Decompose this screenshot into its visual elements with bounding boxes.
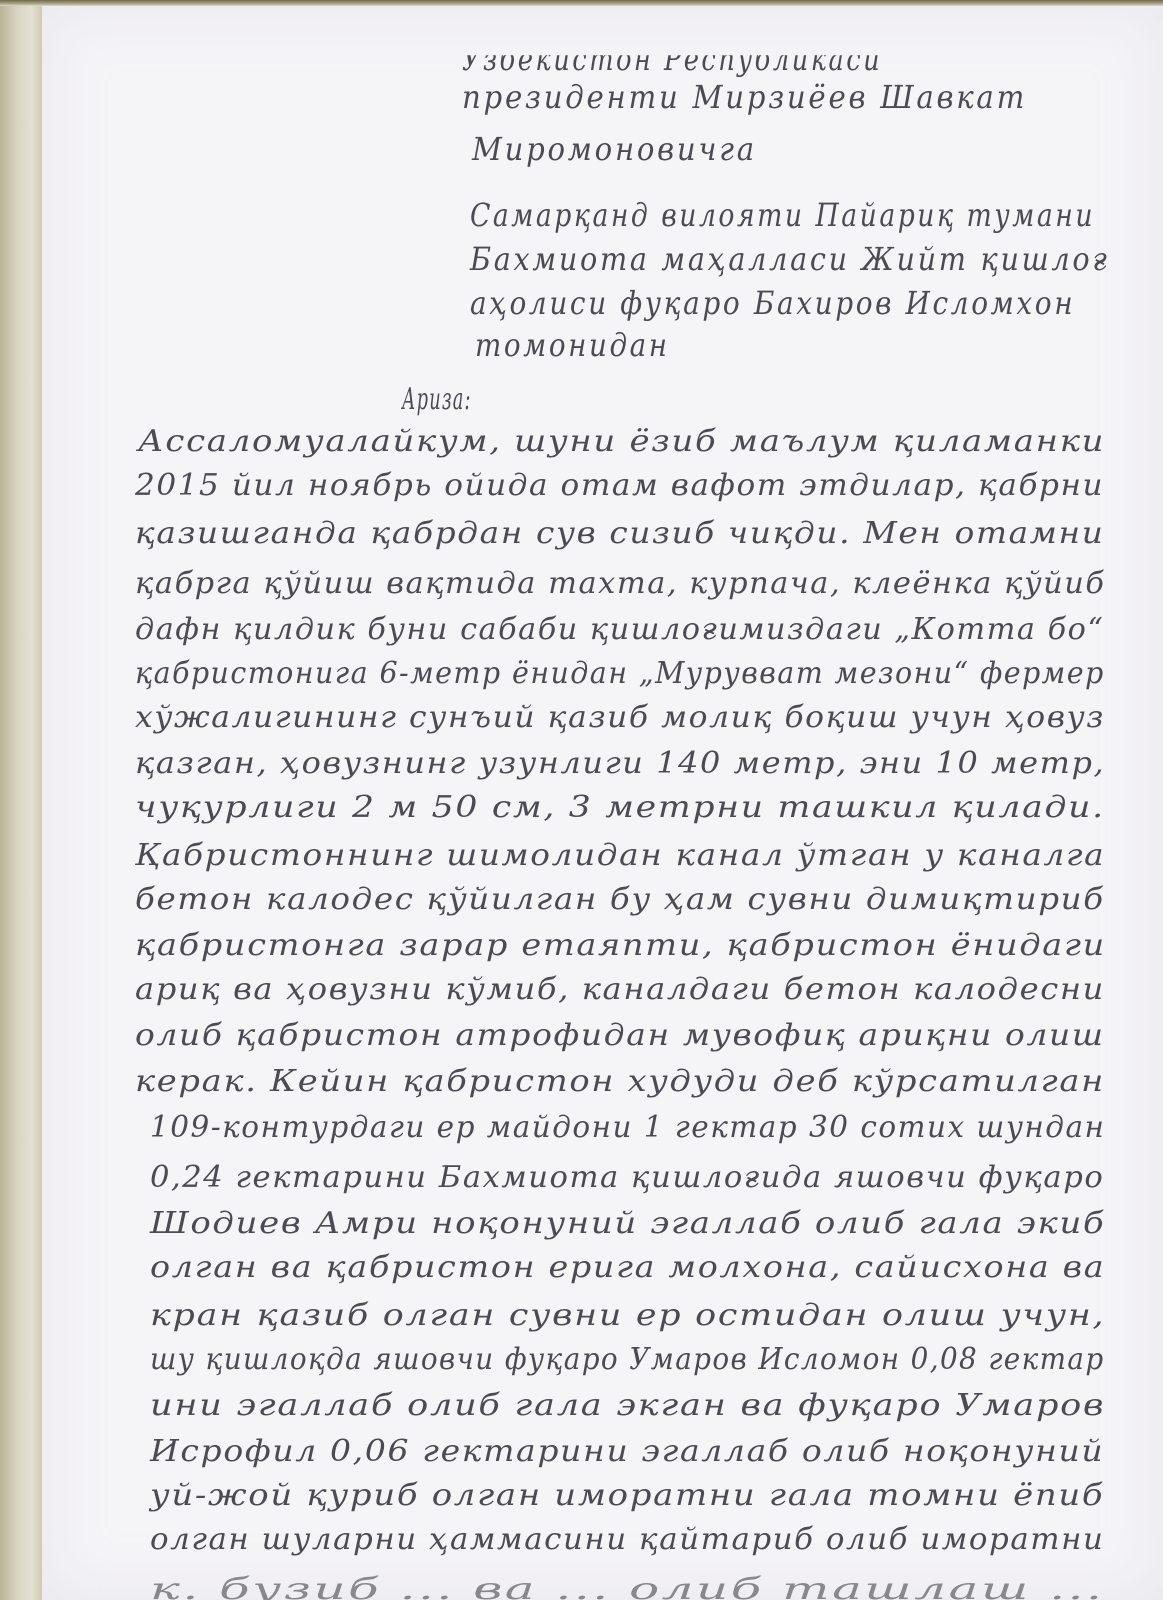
body-line: қазишганда қабрдан сув сизиб чиқди. Мен … — [135, 516, 1104, 551]
body-line: олган шуларни ҳаммасини қайтариб олиб им… — [150, 1522, 1104, 1557]
body-line: олиб қабристон атрофидан мувофиқ ариқни … — [135, 1018, 1105, 1053]
body-line: қабристонга зарар етаяпти, қабристон ёни… — [135, 928, 1106, 963]
body-line-cut-off: к. бузиб ... ва ... олиб ташлаш ... — [150, 1572, 1104, 1600]
body-line: Қабристоннинг шимолидан канал ўтган у ка… — [135, 838, 1105, 873]
sender-line-4: томонидан — [475, 326, 670, 364]
sender-line-2: Бахмиота маҳалласи Жийт қишлоғ — [470, 240, 1110, 278]
body-line: Шодиев Амри ноқонуний эгаллаб олиб гала … — [150, 1206, 1105, 1241]
scanner-left-edge — [0, 0, 42, 1600]
sender-line-1: Самарқанд вилояти Пайариқ тумани — [470, 196, 1095, 234]
body-line: чуқурлиги 2 м 50 см, 3 метрни ташкил қил… — [135, 790, 1105, 825]
body-line: керак. Кейин қабристон худуди деб кўрсат… — [135, 1064, 1105, 1099]
body-line: 0,24 гектарини Бахмиота қишлоғида яшовчи… — [150, 1160, 1104, 1195]
body-line: шу қишлоқда яшовчи фуқаро Умаров Исломон… — [150, 1342, 1105, 1377]
body-line: қабристонига 6-метр ёнидан „Мурувват мез… — [135, 656, 1105, 691]
body-line: ини эгаллаб олиб гала экган ва фуқаро Ум… — [150, 1388, 1105, 1423]
body-line: Исрофил 0,06 гектарини эгаллаб олиб ноқо… — [150, 1434, 1104, 1469]
body-line: 2015 йил ноябрь ойида отам вафот этдилар… — [135, 468, 1104, 503]
body-line: бетон калодес қўйилган бу ҳам сувни дими… — [135, 882, 1105, 917]
body-line: дафн қилдик буни сабаби қишлоғимиздаги „… — [135, 612, 1104, 647]
body-line: қазган, ҳовузнинг узунлиги 140 метр, эни… — [135, 746, 1105, 781]
recipient-line-2: президенти Мирзиёев Шавкат — [462, 78, 1027, 116]
body-line: кран қазиб олган сувни ер остидан олиш у… — [150, 1298, 1105, 1333]
body-line: 109-контурдаги ер майдони 1 гектар 30 со… — [150, 1110, 1105, 1145]
document-title: Ариза: — [402, 382, 472, 417]
body-line: хўжалигининг сунъий қазиб молиқ боқиш уч… — [135, 700, 1105, 735]
body-line: қабрга қўйиш вақтида тахта, курпача, кле… — [135, 566, 1105, 601]
body-line: ариқ ва ҳовузни кўмиб, каналдаги бетон к… — [135, 972, 1105, 1007]
recipient-line-3: Миромоновичга — [472, 130, 757, 168]
body-line: Ассаломуалайкум, шуни ёзиб маълум қилама… — [138, 424, 1105, 459]
sender-line-3: аҳолиси фуқаро Бахиров Исломхон — [470, 284, 1075, 322]
body-line: уй-жой қуриб олган иморатни гала томни ё… — [150, 1478, 1104, 1513]
body-line: олган ва қабристон ерига молхона, сайисх… — [150, 1250, 1105, 1285]
